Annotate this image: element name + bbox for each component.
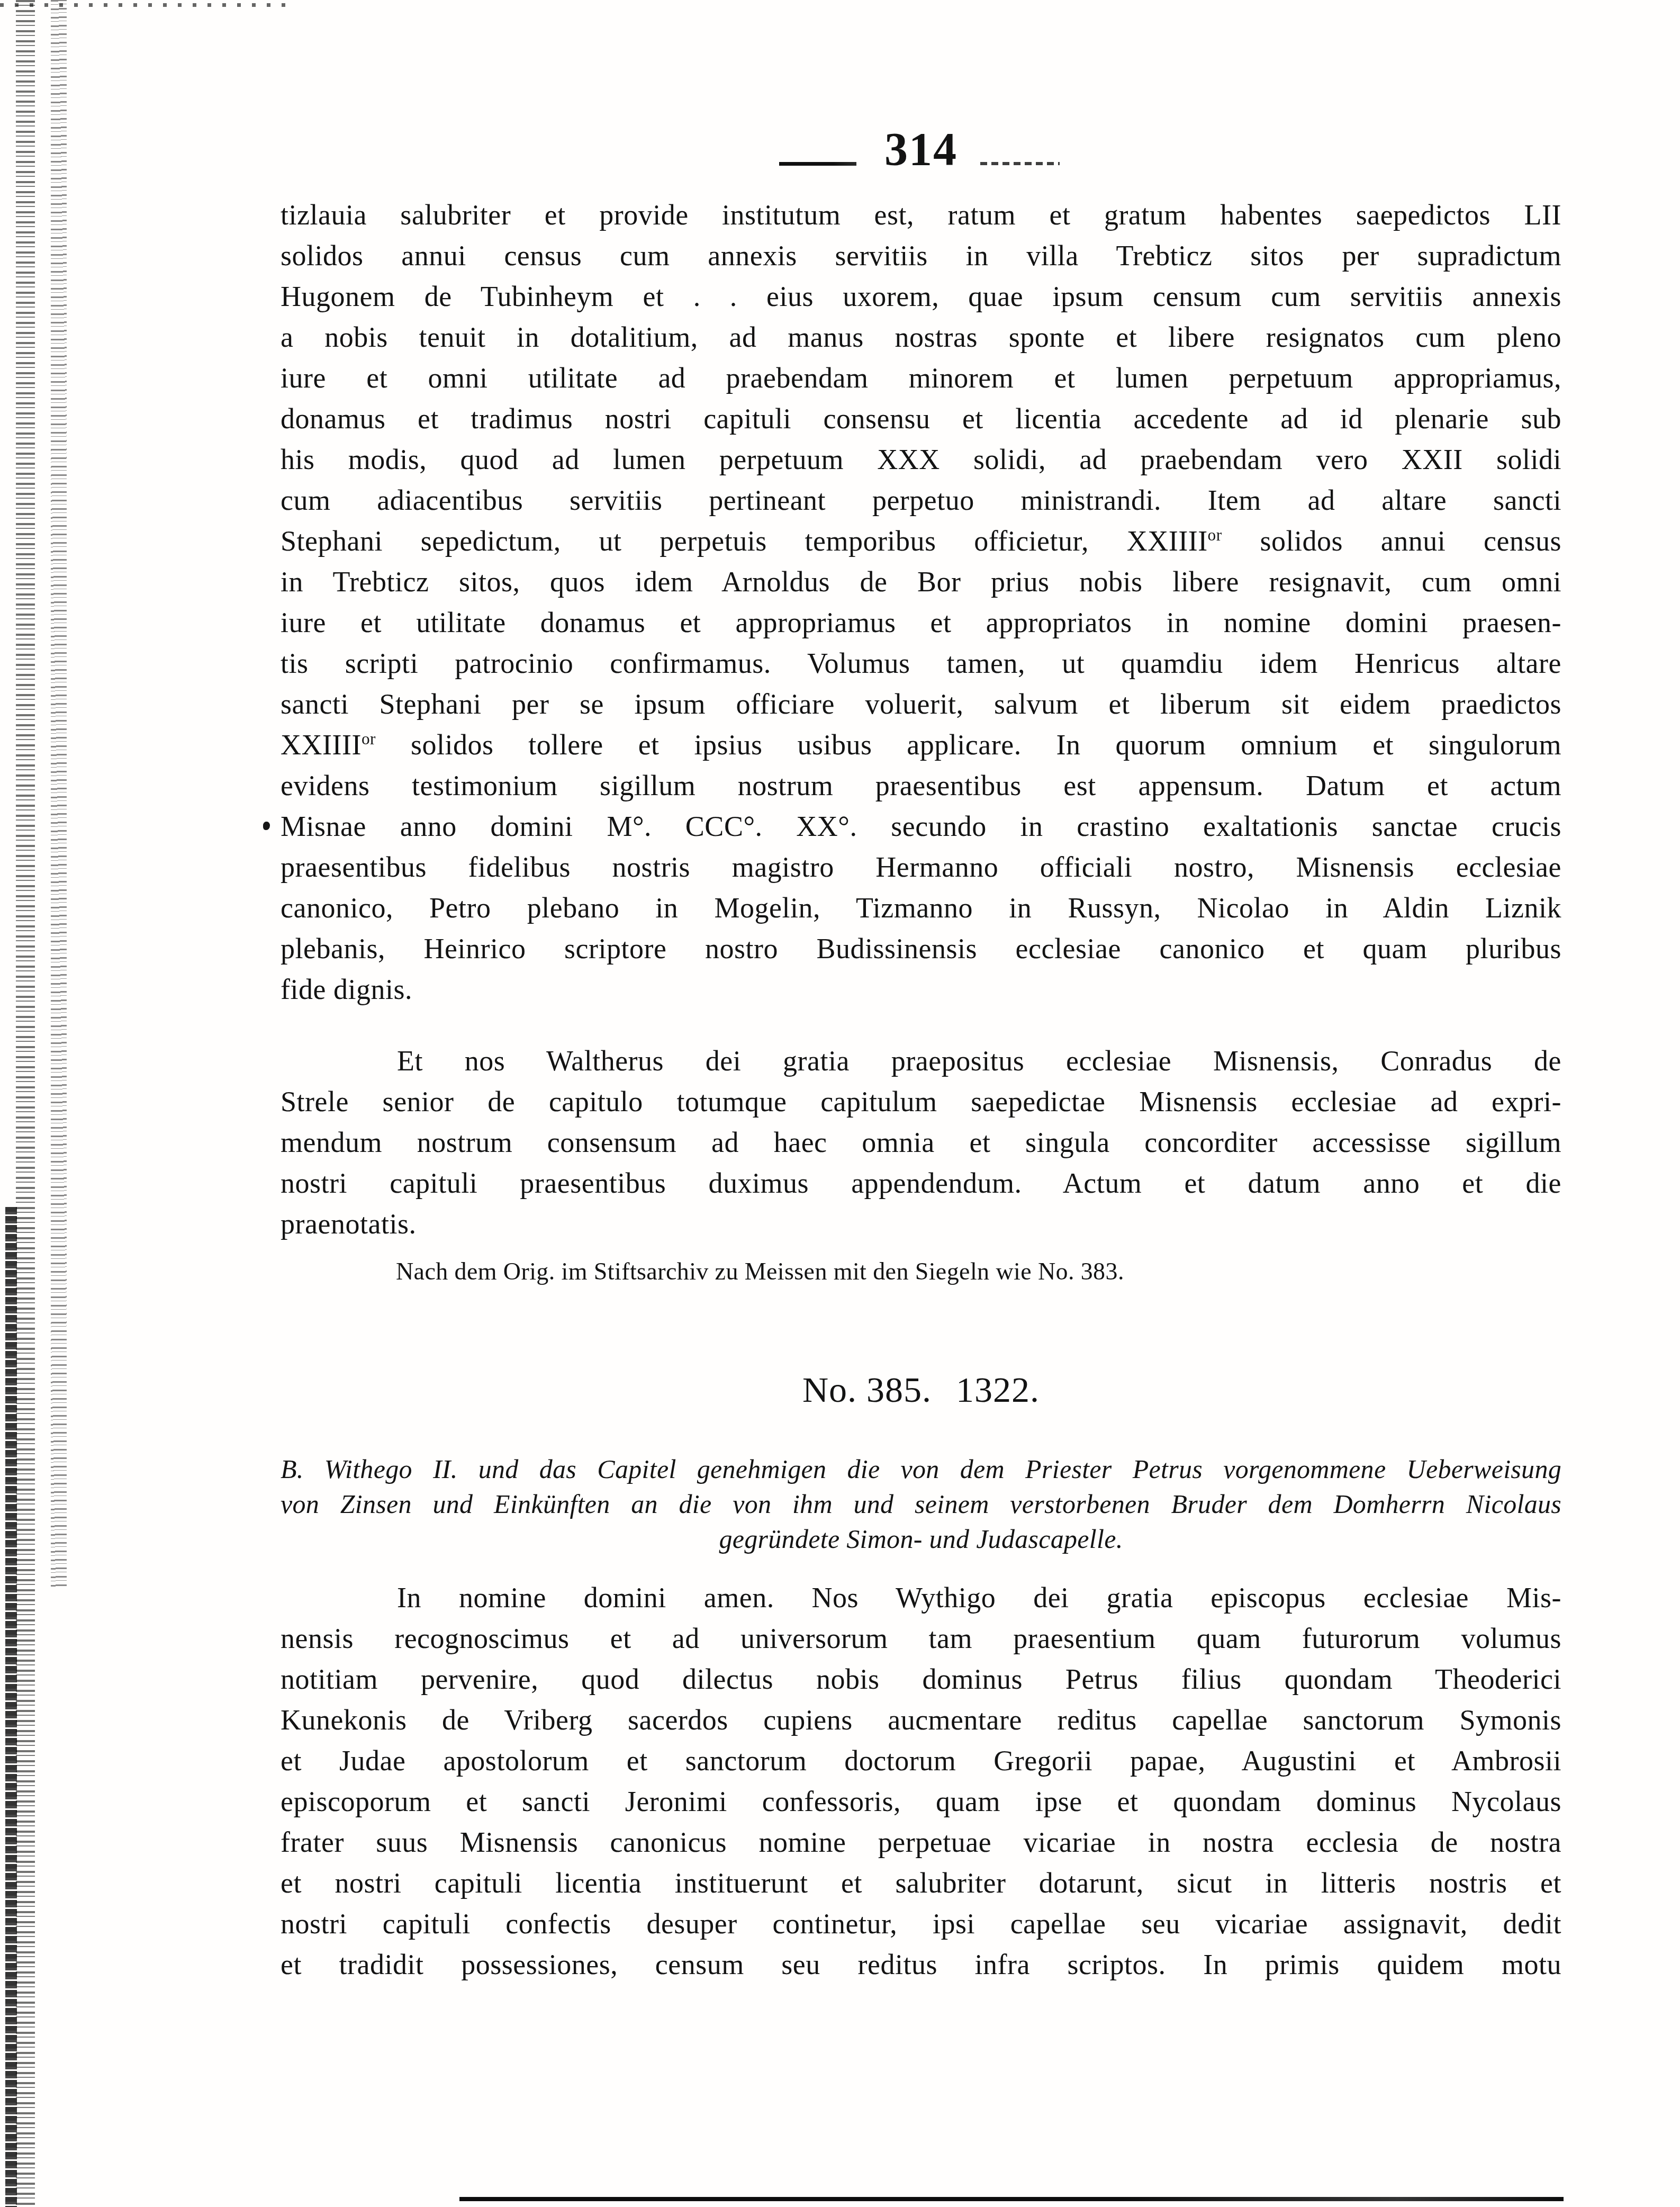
charter-385-heading: No. 385.1322.	[281, 1369, 1561, 1411]
binding-shadow-artifact	[51, 0, 67, 1588]
text-line: Kunekonis de Vriberg sacerdos cupiens au…	[281, 1700, 1561, 1741]
charter-384-closing: Et nos Waltherus dei gratia praepositus …	[281, 1041, 1561, 1245]
header-rule-left	[779, 162, 856, 166]
charter-year: 1322.	[956, 1370, 1040, 1410]
superscript: or	[1208, 526, 1222, 544]
text-line: Et nos Waltherus dei gratia praepositus …	[281, 1041, 1561, 1082]
text-line: Misnae anno domini M°. CCC°. XX°. secund…	[281, 806, 1561, 847]
text-line: nensis recognoscimus et ad universorum t…	[281, 1618, 1561, 1659]
scanned-book-page: 314 tizlauia salubriter et provide insti…	[0, 0, 1680, 2207]
binding-shadow-artifact	[5, 1207, 17, 2207]
scan-speck-artifact	[0, 3, 286, 7]
text-line: solidos annui census cum annexis serviti…	[281, 236, 1561, 276]
text-line: In nomine domini amen. Nos Wythigo dei g…	[281, 1578, 1561, 1618]
page-number: 314	[868, 123, 974, 176]
text-line: B. Withego II. und das Capitel genehmige…	[281, 1452, 1561, 1487]
text-line: et tradidit possessiones, censum seu red…	[281, 1944, 1561, 1985]
scan-ink-spot	[263, 822, 270, 830]
text-line: donamus et tradimus nostri capituli cons…	[281, 399, 1561, 439]
text-line: a nobis tenuit in dotalitium, ad manus n…	[281, 317, 1561, 358]
text-line: plebanis, Heinrico scriptore nostro Budi…	[281, 929, 1561, 969]
text-line: sancti Stephani per se ipsum officiare v…	[281, 684, 1561, 725]
text-line: iure et utilitate donamus et appropriamu…	[281, 602, 1561, 643]
text-line: XXIIIIor solidos tollere et ipsius usibu…	[281, 725, 1561, 765]
text-line: evidens testimonium sigillum nostrum pra…	[281, 765, 1561, 806]
text-line: gegründete Simon- und Judascapelle.	[281, 1521, 1561, 1556]
text-line: notitiam pervenire, quod dilectus nobis …	[281, 1659, 1561, 1700]
text-line: nostri capituli praesentibus duximus app…	[281, 1163, 1561, 1204]
text-line: iure et omni utilitate ad praebendam min…	[281, 358, 1561, 399]
text-line: nostri capituli confectis desuper contin…	[281, 1904, 1561, 1944]
text-line: tis scripti patrocinio confirmamus. Volu…	[281, 643, 1561, 684]
charter-384-text: tizlauia salubriter et provide institutu…	[281, 195, 1561, 1010]
text-line: his modis, quod ad lumen perpetuum XXX s…	[281, 439, 1561, 480]
text-line: von Zinsen und Einkünften an die von ihm…	[281, 1487, 1561, 1521]
superscript: or	[362, 729, 376, 748]
text-line: canonico, Petro plebano in Mogelin, Tizm…	[281, 888, 1561, 929]
text-line: frater suus Misnensis canonicus nomine p…	[281, 1822, 1561, 1863]
charter-385-regest: B. Withego II. und das Capitel genehmige…	[281, 1452, 1561, 1556]
text-line: Stephani sepedictum, ut perpetuis tempor…	[281, 521, 1561, 562]
source-note-block: Nach dem Orig. im Stiftsarchiv zu Meisse…	[281, 1256, 1561, 1287]
scan-edge-artifact	[459, 2197, 1564, 2201]
text-line: et Judae apostolorum et sanctorum doctor…	[281, 1741, 1561, 1781]
text-line: in Trebticz sitos, quos idem Arnoldus de…	[281, 562, 1561, 602]
header-rule-right	[980, 162, 1060, 165]
text-line: et nostri capituli licentia instituerunt…	[281, 1863, 1561, 1904]
text-line: praenotatis.	[281, 1204, 1561, 1245]
text-line: mendum nostrum consensum ad haec omnia e…	[281, 1122, 1561, 1163]
charter-number: No. 385.	[802, 1370, 932, 1410]
text-line: fide dignis.	[281, 969, 1561, 1010]
text-line: praesentibus fidelibus nostris magistro …	[281, 847, 1561, 888]
text-line: Strele senior de capitulo totumque capit…	[281, 1082, 1561, 1122]
text-line: episcoporum et sancti Jeronimi confessor…	[281, 1781, 1561, 1822]
text-line: cum adiacentibus servitiis pertineant pe…	[281, 480, 1561, 521]
binding-shadow-artifact	[16, 0, 35, 2207]
text-line: Hugonem de Tubinheym et . . eius uxorem,…	[281, 276, 1561, 317]
charter-385-body: In nomine domini amen. Nos Wythigo dei g…	[281, 1578, 1561, 1985]
source-note: Nach dem Orig. im Stiftsarchiv zu Meisse…	[281, 1256, 1561, 1287]
text-line: tizlauia salubriter et provide institutu…	[281, 195, 1561, 236]
